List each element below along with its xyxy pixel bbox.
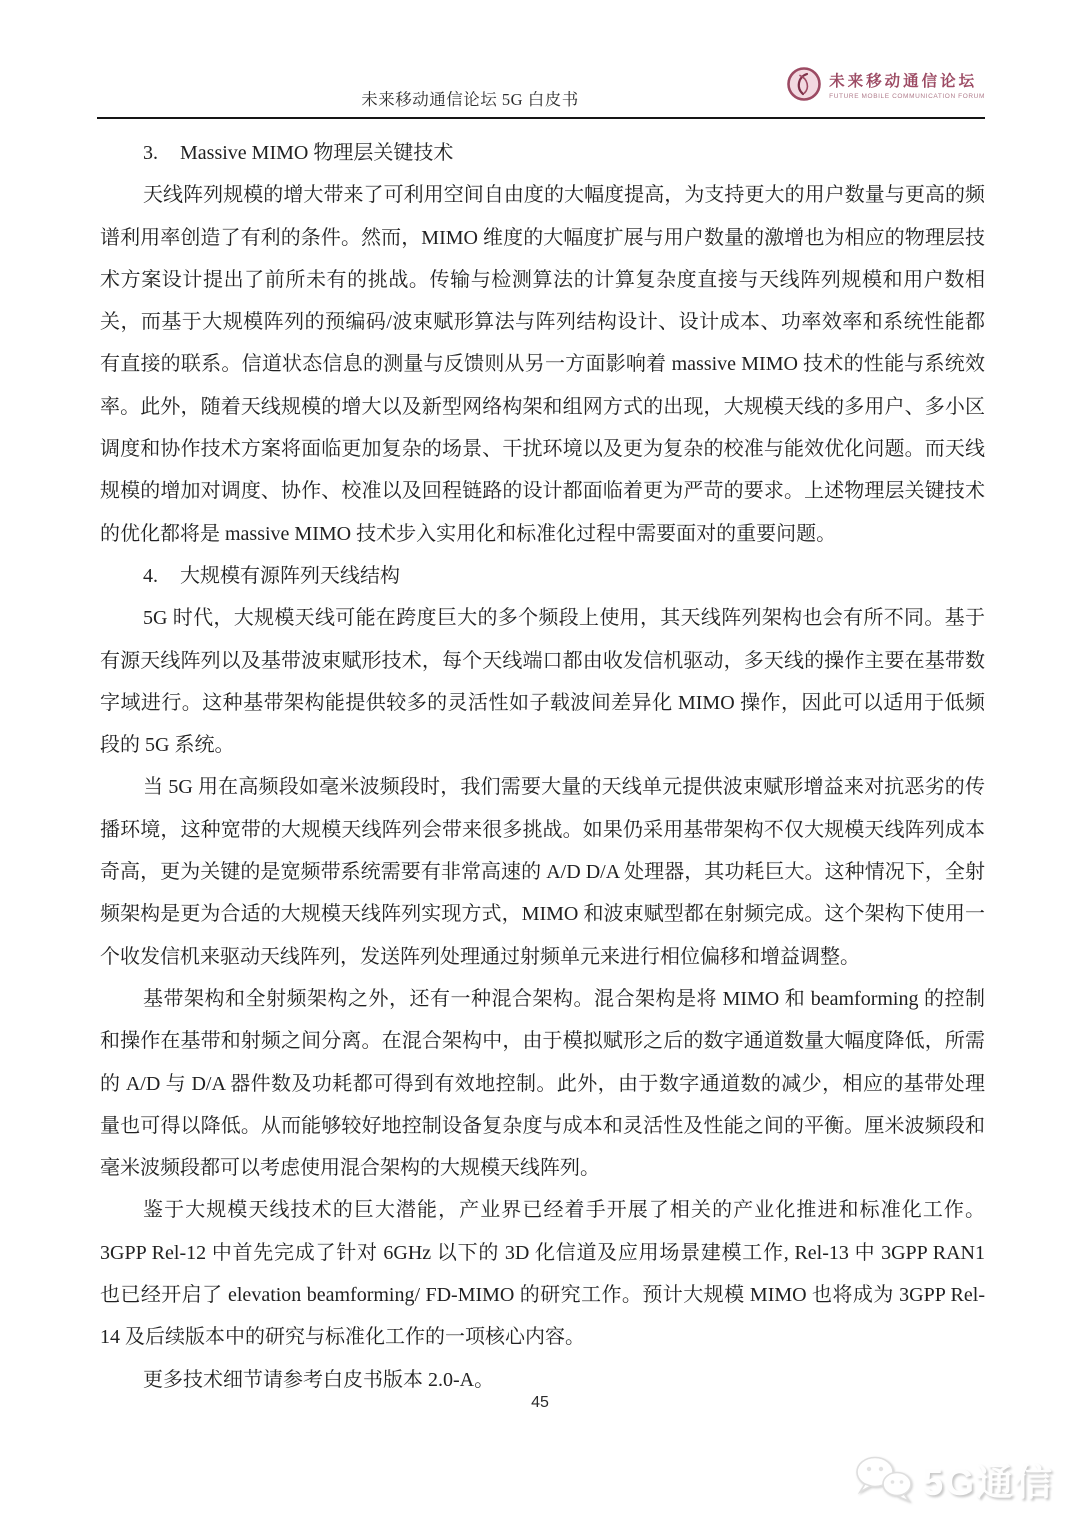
forum-logo: 未来移动通信论坛 FUTURE MOBILE COMMUNICATION FOR…	[786, 66, 985, 102]
section-heading-3: 3.Massive MIMO 物理层关键技术	[100, 132, 985, 174]
section-heading-4: 4.大规模有源阵列天线结构	[100, 555, 985, 597]
watermark: 5G通信	[853, 1452, 1054, 1506]
header-rule	[97, 117, 985, 119]
forum-logo-name: 未来移动通信论坛	[829, 69, 977, 91]
paragraph-standardization: 鉴于大规模天线技术的巨大潜能，产业界已经着手开展了相关的产业化推进和标准化工作。…	[100, 1189, 985, 1358]
paragraph-hybrid-architecture: 基带架构和全射频架构之外，还有一种混合架构。混合架构是将 MIMO 和 beam…	[100, 978, 985, 1189]
section-number: 4.	[143, 555, 158, 597]
paragraph-rf-architecture: 当 5G 用在高频段如毫米波频段时，我们需要大量的天线单元提供波束赋形增益来对抗…	[100, 766, 985, 977]
paragraph-physical-layer: 天线阵列规模的增大带来了可利用空间自由度的大幅度提高，为支持更大的用户数量与更高…	[100, 174, 985, 555]
document-body: 3.Massive MIMO 物理层关键技术 天线阵列规模的增大带来了可利用空间…	[100, 132, 985, 1401]
section-title: 大规模有源阵列天线结构	[180, 565, 400, 587]
document-page: 未来移动通信论坛 5G 白皮书 未来移动通信论坛 FUTURE MOBILE C…	[0, 0, 1080, 1527]
forum-logo-icon	[786, 66, 822, 102]
forum-logo-subtitle: FUTURE MOBILE COMMUNICATION FORUM	[829, 93, 985, 100]
wechat-icon	[853, 1454, 915, 1504]
section-number: 3.	[143, 132, 158, 174]
watermark-text: 5G通信	[923, 1452, 1054, 1506]
paragraph-baseband-architecture: 5G 时代，大规模天线可能在跨度巨大的多个频段上使用，其天线阵列架构也会有所不同…	[100, 597, 985, 766]
section-title: Massive MIMO 物理层关键技术	[180, 142, 453, 164]
page-number: 45	[0, 1394, 1080, 1412]
forum-logo-text: 未来移动通信论坛 FUTURE MOBILE COMMUNICATION FOR…	[829, 69, 985, 100]
